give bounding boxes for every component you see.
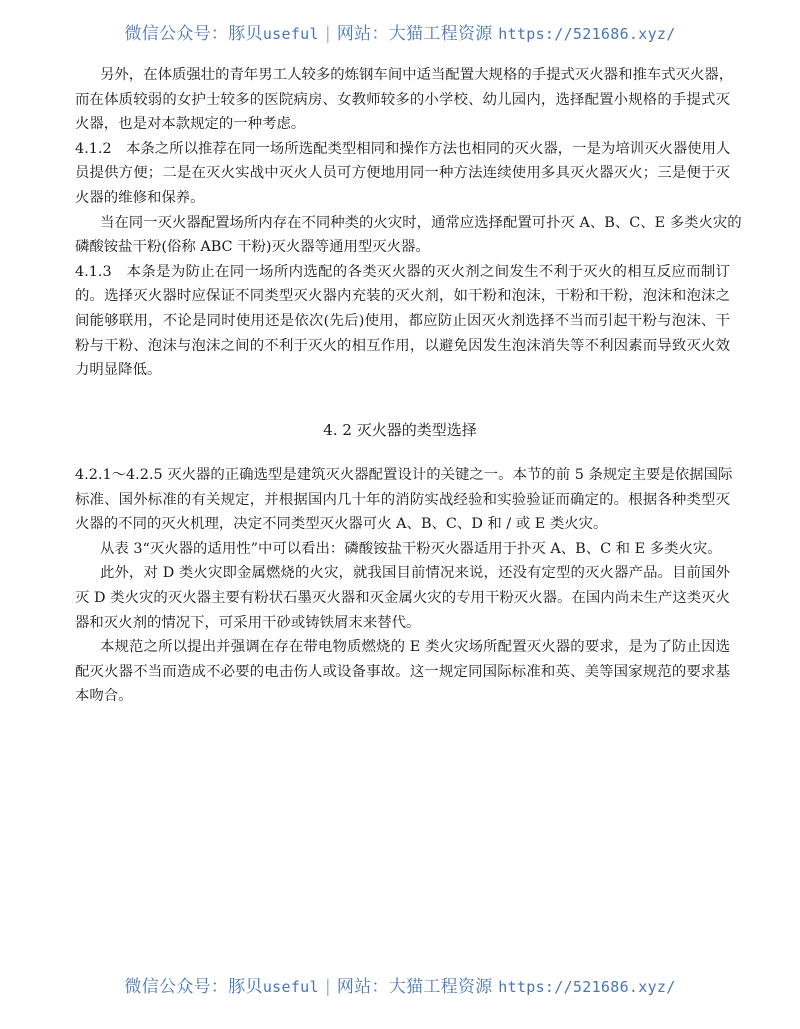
site-label: 网站：大猫工程资源 [337,24,493,44]
text-line: 此外，对 D 类火灾即金属燃烧的火灾，就我国目前情况来说，还没有定型的灭火器产品… [75,561,730,586]
text-line: 的。选择灭火器时应保证不同类型灭火器内充装的灭火剂，如干粉和泡沫，干粉和干粉，泡… [75,284,730,309]
wechat-label: 微信公众号：豚贝 [124,977,262,997]
section-4-1-body: 另外，在体质强壮的青年男工人较多的炼钢车间中适当配置大规格的手提式灭火器和推车式… [75,63,730,383]
text-line: 力明显降低。 [75,358,730,383]
section-4-2-body: 4.2.1～4.2.5 灭火器的正确选型是建筑灭火器配置设计的关键之一。本节的前… [75,463,730,709]
paragraph-mixed-fires: 当在同一灭火器配置场所内存在不同种类的火灾时，通常应选择配置可扑灭 A、B、C、… [75,211,730,260]
separator: | [325,977,331,997]
paragraph-class-d: 此外，对 D 类火灾即金属燃烧的火灾，就我国目前情况来说，还没有定型的灭火器产品… [75,561,730,635]
text-line: 4.1.2 本条之所以推荐在同一场所选配类型相同和操作方法也相同的灭火器，一是为… [75,137,730,162]
text-line: 4.2.1～4.2.5 灭火器的正确选型是建筑灭火器配置设计的关键之一。本节的前… [75,463,730,488]
separator: | [325,24,331,44]
text-line: 本规范之所以提出并强调在存在带电物质燃烧的 E 类火灾场所配置灭火器的要求，是为… [75,635,730,660]
text-line: 另外，在体质强壮的青年男工人较多的炼钢车间中适当配置大规格的手提式灭火器和推车式… [75,63,730,88]
paragraph-4-1-3: 4.1.3 本条是为防止在同一场所内选配的各类灭火器的灭火剂之间发生不利于灭火的… [75,260,730,383]
text-line: 火器的不同的灭火机理，决定不同类型灭火器可火 A、B、C、D 和 / 或 E 类… [75,512,730,537]
text-line: 间能够联用，不论是同时使用还是依次(先后)使用，都应防止因灭火剂选择不当而引起干… [75,309,730,334]
header-watermark: 微信公众号：豚贝useful|网站：大猫工程资源 https://521686.… [0,19,800,44]
text-line: 火器的维修和保养。 [75,186,730,211]
text-line: 标准、国外标准的有关规定，并根据国内几十年的消防实战经验和实验验证而确定的。根据… [75,488,730,513]
text-line: 当在同一灭火器配置场所内存在不同种类的火灾时，通常应选择配置可扑灭 A、B、C、… [75,211,730,236]
text-line: 员提供方便；二是在灭火实战中灭火人员可方便地用同一种方法连续使用多具灭火器灭火；… [75,161,730,186]
paragraph-class-e: 本规范之所以提出并强调在存在带电物质燃烧的 E 类火灾场所配置灭火器的要求，是为… [75,635,730,709]
text-line: 磷酸铵盐干粉(俗称 ABC 干粉)灭火器等通用型灭火器。 [75,235,730,260]
paragraph-4-2-1: 4.2.1～4.2.5 灭火器的正确选型是建筑灭火器配置设计的关键之一。本节的前… [75,463,730,537]
text-line: 灭 D 类火灾的灭火器主要有粉状石墨灭火器和灭金属火灾的专用干粉灭火器。在国内尚… [75,586,730,611]
wechat-latin: useful [263,978,319,996]
text-line: 粉与干粉、泡沫与泡沫之间的不利于灭火的相互作用，以避免因发生泡沫消失等不利因素而… [75,334,730,359]
text-line: 本吻合。 [75,684,730,709]
site-url: https://521686.xyz/ [498,978,675,996]
text-line: 4.1.3 本条是为防止在同一场所内选配的各类灭火器的灭火剂之间发生不利于灭火的… [75,260,730,285]
text-line: 器和灭火剂的情况下，可采用干砂或铸铁屑末来替代。 [75,611,730,636]
text-line: 而在体质较弱的女护士较多的医院病房、女教师较多的小学校、幼儿园内，选择配置小规格… [75,88,730,113]
site-label: 网站：大猫工程资源 [337,977,493,997]
text-line: 火器，也是对本款规定的一种考虑。 [75,112,730,137]
site-url: https://521686.xyz/ [498,25,675,43]
section-title: 4. 2 灭火器的类型选择 [0,418,800,442]
text-line: 配灭火器不当而造成不必要的电击伤人或设备事故。这一规定同国际标准和英、美等国家规… [75,660,730,685]
wechat-label: 微信公众号：豚贝 [124,24,262,44]
wechat-latin: useful [263,25,319,43]
footer-watermark: 微信公众号：豚贝useful|网站：大猫工程资源 https://521686.… [0,972,800,997]
paragraph-physique: 另外，在体质强壮的青年男工人较多的炼钢车间中适当配置大规格的手提式灭火器和推车式… [75,63,730,137]
text-line: 从表 3“灭火器的适用性”中可以看出：磷酸铵盐干粉灭火器适用于扑灭 A、B、C … [75,537,730,562]
paragraph-table-3: 从表 3“灭火器的适用性”中可以看出：磷酸铵盐干粉灭火器适用于扑灭 A、B、C … [75,537,730,562]
paragraph-4-1-2: 4.1.2 本条之所以推荐在同一场所选配类型相同和操作方法也相同的灭火器，一是为… [75,137,730,211]
